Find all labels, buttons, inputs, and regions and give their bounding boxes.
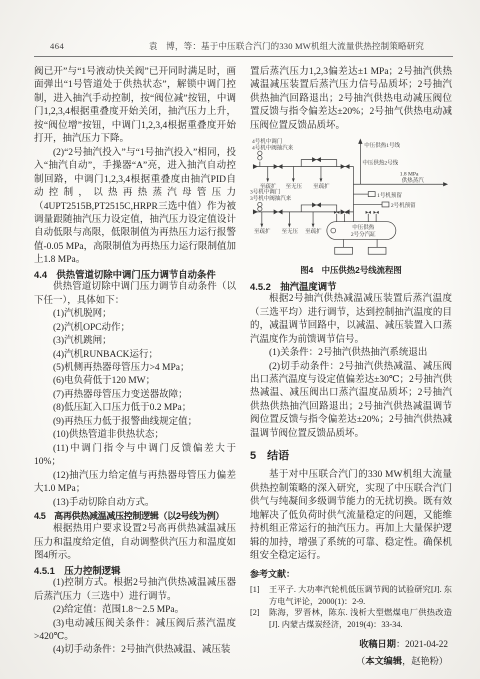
two-column-body: 阀已开”与“1号液动快关阀”已开同时满足时，画面弹出“1号管道处于供热状态”，解… xyxy=(34,66,453,668)
reference-number: [2] xyxy=(250,607,269,630)
paragraph: (2)给定值：范围1.8～2.5 MPa。 xyxy=(34,604,236,617)
figure-labels: 4号机中调门 4号机中阀抽汽来 3号机中调门 3号机中阀抽汽来 至疏扩 至无压 … xyxy=(250,137,424,238)
list-item: (10)供热管道非供热状态； xyxy=(34,429,236,442)
section-heading-4-5-1: 4.5.1 压力控制逻辑 xyxy=(34,564,236,577)
header-rule xyxy=(34,56,453,57)
paper-page: 464 袁 博，等：基于中压联合汽门的330 MW机组大流量供热控制策略研究 阀… xyxy=(0,0,480,679)
label-drain: 至无压 xyxy=(282,227,299,235)
reference-item: [1] 王平子. 大功率汽轮机低压调节阀的试验研究[J]. 东方电气评论，200… xyxy=(250,584,452,607)
label-tank-line2: 2号分汽缸 xyxy=(351,230,376,238)
reference-item: [2] 陈海，罗晋林，陈东. 浅析大型燃煤电厂供热改造[J]. 内蒙古煤炭经济，… xyxy=(250,607,452,630)
section-heading-4-4: 4.4 供热管道切除中调门压力调节自动条件 xyxy=(34,268,236,281)
editor-note-open: （ xyxy=(356,656,365,666)
paragraph: (1)关条件：2号抽汽供热抽汽系统退出 xyxy=(250,347,452,360)
label-heat-line-2: 中压供热2号线 xyxy=(362,159,398,167)
paragraph: 根据2号抽汽供热减温减压装置后蒸汽温度（三选平均）进行调节，达到控制抽汽温度的目… xyxy=(250,293,452,347)
reference-text: 王平子. 大功率汽轮机低压调节阀的试验研究[J]. 东方电气评论，2000(1)… xyxy=(269,584,452,607)
label-steam: 供热蒸汽 xyxy=(402,176,425,184)
editor-note-label: 本文编辑 xyxy=(365,656,402,666)
paragraph: 置后蒸汽压力1,2,3偏差达±1 MPa；2号抽汽供热减温减压装置后蒸汽压力信号… xyxy=(250,66,452,133)
list-item: (4)汽机RUNBACK运行； xyxy=(34,349,236,362)
received-date-label: 收稿日期 xyxy=(359,639,396,649)
paragraph: 阀已开”与“1号液动快关阀”已开同时满足时，画面弹出“1号管道处于供热状态”，解… xyxy=(34,66,236,147)
flow-diagram: 4号机中调门 4号机中阀抽汽来 3号机中调门 3号机中阀抽汽来 至疏扩 至无压 … xyxy=(250,135,452,261)
list-item: (7)再热器母管压力变送器故障； xyxy=(34,389,236,402)
list-item: (12)抽汽压力给定值与再热器母管压力偏差大1.0 MPa； xyxy=(34,470,236,497)
reference-text: 陈海，罗晋林，陈东. 浅析大型燃煤电厂供热改造[J]. 内蒙古煤炭经济，2019… xyxy=(269,607,452,630)
list-item: (13)手动切除自动方式。 xyxy=(34,497,236,510)
label-drain: 至疏扩 xyxy=(305,227,322,235)
left-column: 阀已开”与“1号液动快关阀”已开同时满足时，画面弹出“1号管道处于供热状态”，解… xyxy=(34,66,236,668)
section-heading-5: 5 结语 xyxy=(250,449,452,463)
paragraph: (2)“2号抽汽投入”与“1号抽汽投入”相同，投入“抽汽自动”，手操器“A”亮，… xyxy=(34,147,236,268)
paragraph: (4)切手动条件：2号抽汽供热减温、减压装 xyxy=(34,644,236,657)
editor-note: （本文编辑，赵艳粉） xyxy=(250,655,452,668)
page-header: 464 袁 博，等：基于中压联合汽门的330 MW机组大流量供热控制策略研究 xyxy=(34,40,453,52)
list-item: (11)中调门指令与中调门反馈偏差大于10%； xyxy=(34,443,236,470)
label-drain: 至疏扩 xyxy=(260,182,277,190)
running-title: 袁 博，等：基于中压联合汽门的330 MW机组大流量供热控制策略研究 xyxy=(120,40,453,52)
paragraph: (3)电动减压阀关条件：减压阀后蒸汽温度>420℃。 xyxy=(34,618,236,645)
page-number: 464 xyxy=(34,41,120,51)
paragraph: 供热管道切除中调门压力调节自动条件（以下任一），具体如下： xyxy=(34,281,236,308)
figure-4: 4号机中调门 4号机中阀抽汽来 3号机中调门 3号机中阀抽汽来 至疏扩 至无压 … xyxy=(250,135,452,278)
label-pressure: 1.8 MPa xyxy=(400,172,419,178)
section-heading-4-5-2: 4.5.2 抽汽温度调节 xyxy=(250,280,452,293)
right-column: 置后蒸汽压力1,2,3偏差达±1 MPa；2号抽汽供热减温减压装置后蒸汽压力信号… xyxy=(250,66,452,668)
editor-note-name: ，赵艳粉） xyxy=(402,656,448,666)
references-heading: 参考文献： xyxy=(250,568,452,581)
label-unit3-source: 3号机中阀抽汽来 xyxy=(250,194,292,202)
figure-caption: 图4 中压供热2号线流程图 xyxy=(250,264,452,277)
list-item: (3)汽机跳闸； xyxy=(34,335,236,348)
paragraph: 基于对中压联合汽门的330 MW机组大流量供热控制策略的深入研究，实现了中压联合… xyxy=(250,469,452,563)
list-item: (2)汽机OPC动作； xyxy=(34,322,236,335)
label-drain: 至疏扩 xyxy=(313,182,330,190)
label-reserve-2: 2号机预留 xyxy=(391,201,416,209)
label-reserve-1: 1号机预留 xyxy=(377,191,402,199)
list-item: (1)汽机脱网； xyxy=(34,308,236,321)
received-date: 收稿日期：2021-04-22 xyxy=(250,638,452,651)
label-unit4-source: 4号机中阀抽汽来 xyxy=(252,144,294,152)
label-unit4-valve: 4号机中调门 xyxy=(252,137,283,145)
list-item: (8)低压缸入口压力低于0.2 MPa； xyxy=(34,402,236,415)
list-item: (6)电负荷低于120 MW； xyxy=(34,375,236,388)
received-date-value: ：2021-04-22 xyxy=(396,639,448,649)
label-drain: 至疏扩 xyxy=(254,227,271,235)
label-heat-line-1: 中压供热1号线 xyxy=(364,141,400,149)
label-tank-line1: 中压供热 xyxy=(352,223,375,231)
section-heading-4-5: 4.5 高再供热减温减压控制逻辑（以2号线为例） xyxy=(34,510,236,523)
paragraph: (1)控制方式。根据2号抽汽供热减温减压器后蒸汽压力（三选中）进行调节。 xyxy=(34,577,236,604)
label-drain: 至无压 xyxy=(285,182,302,190)
list-item: (9)再热压力低于报警曲线规定值； xyxy=(34,416,236,429)
list-item: (5)机侧再热器母管压力>4 MPa； xyxy=(34,362,236,375)
paragraph: 根据热用户要求设置2号高再供热减温减压压力和温度给定值，自动调整供汽压力和温度如… xyxy=(34,523,236,563)
reference-number: [1] xyxy=(250,584,269,607)
paragraph: (2)切手动条件：2号抽汽供热减温、减压阀出口蒸汽温度与设定值偏差达±30℃；2… xyxy=(250,361,452,442)
